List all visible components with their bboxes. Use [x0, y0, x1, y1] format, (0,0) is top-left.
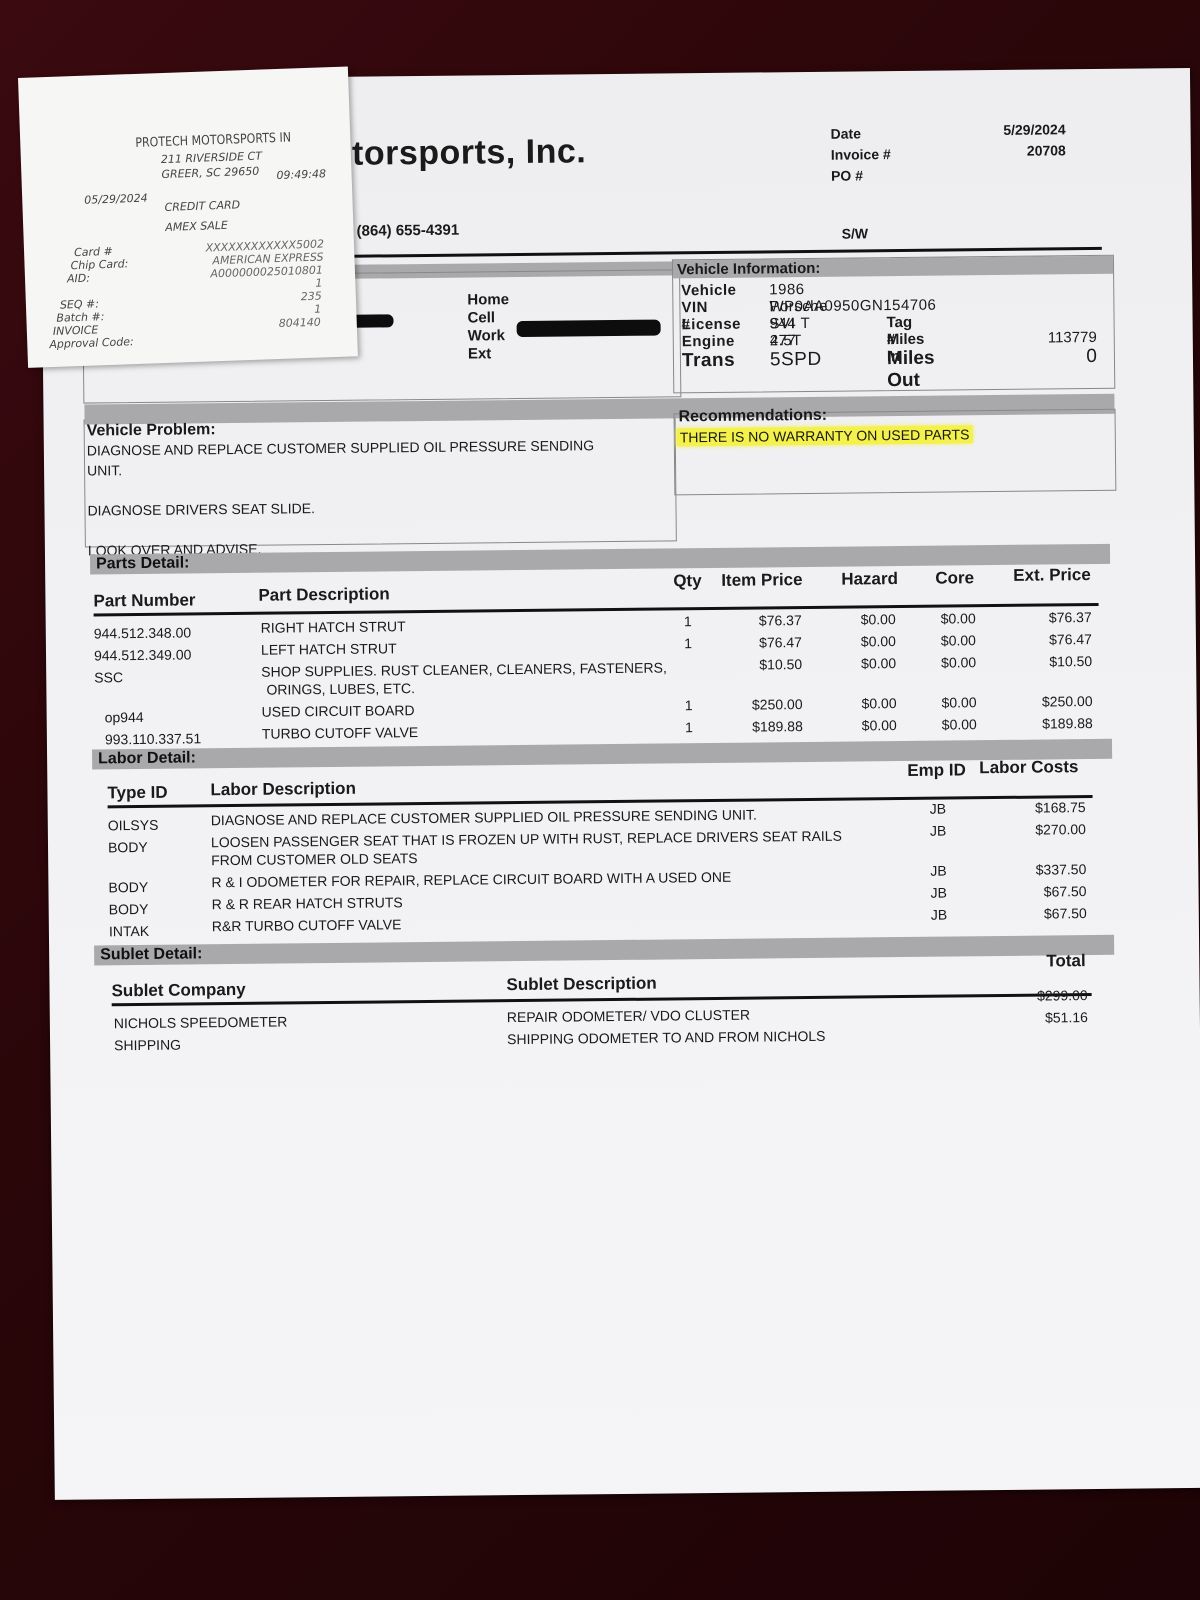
ext-label: Ext: [468, 345, 510, 363]
part-core: $0.00: [904, 654, 976, 671]
labor-detail-title: Labor Detail:: [98, 749, 196, 768]
part-item-price: $76.37: [714, 612, 802, 629]
vehicle-problem-title: Vehicle Problem:: [87, 421, 216, 440]
sublet-table: Sublet Company Sublet Description Total …: [111, 957, 1112, 1077]
labor-type-id: BODY: [109, 901, 149, 917]
cell-label: Cell: [467, 309, 509, 327]
col-core: Core: [935, 568, 974, 588]
parts-table: Part Number Part Description Qty Item Pr…: [93, 567, 1115, 758]
part-number: op944: [105, 709, 144, 725]
engine-label: Engine: [682, 333, 735, 351]
receipt-payment-type: CREDIT CARD: [164, 198, 240, 214]
part-ext-price: $76.37: [994, 609, 1092, 626]
part-description: SHOP SUPPLIES. RUST CLEANER, CLEANERS, F…: [261, 659, 667, 679]
date-label: Date: [831, 123, 891, 145]
labor-description: DIAGNOSE AND REPLACE CUSTOMER SUPPLIED O…: [211, 807, 757, 829]
receipt-field-value: 1: [314, 303, 321, 316]
col-type-id: Type ID: [107, 783, 167, 804]
receipt-address-line1: 211 RIVERSIDE CT: [161, 150, 262, 167]
receipt-field-value: 1: [315, 277, 322, 290]
tag-value: [996, 312, 1096, 313]
labor-emp-id: JB: [930, 801, 947, 817]
part-ext-price: $250.00: [994, 693, 1092, 710]
receipt-time: 09:49:48: [276, 167, 326, 182]
col-hazard: Hazard: [841, 569, 898, 590]
col-sublet-description: Sublet Description: [506, 974, 656, 996]
labor-cost: $67.50: [989, 905, 1087, 922]
po-label: PO #: [831, 165, 891, 187]
trans-label: Trans: [682, 350, 735, 373]
contact-labels: Home Cell Work Ext: [467, 291, 509, 363]
part-item-price: $10.50: [714, 656, 802, 673]
part-core: $0.00: [904, 632, 976, 649]
labor-cost: $168.75: [988, 799, 1086, 816]
company-name: otorsports, Inc.: [331, 132, 587, 174]
part-hazard: $0.00: [825, 717, 897, 734]
miles-out-label: Miles Out: [887, 348, 935, 392]
part-description: LEFT HATCH STRUT: [261, 640, 397, 657]
sublet-header-rule: [112, 993, 1092, 1006]
recommendations-text: THERE IS NO WARRANTY ON USED PARTS: [677, 425, 973, 446]
labor-description: R & I ODOMETER FOR REPAIR, REPLACE CIRCU…: [211, 869, 731, 890]
col-labor-costs: Labor Costs: [979, 757, 1078, 778]
col-ext-price: Ext. Price: [1013, 565, 1091, 586]
labor-type-id: OILSYS: [108, 817, 159, 834]
part-qty: 1: [655, 697, 693, 713]
part-item-price: $189.88: [715, 718, 803, 735]
part-qty: 1: [655, 719, 693, 735]
labor-emp-id: JB: [931, 907, 948, 923]
part-ext-price: $189.88: [995, 715, 1093, 732]
labor-cost: $270.00: [988, 821, 1086, 838]
receipt-field-value: 235: [301, 290, 322, 304]
miles-in-value: 113779: [997, 329, 1097, 347]
part-description-cont: ORINGS, LUBES, ETC.: [266, 680, 415, 698]
col-item-price: Item Price: [721, 570, 802, 591]
col-sublet-company: Sublet Company: [111, 980, 245, 1001]
credit-card-receipt: PROTECH MOTORSPORTS IN 211 RIVERSIDE CT …: [18, 66, 358, 367]
receipt-merchant: PROTECH MOTORSPORTS IN: [135, 131, 291, 151]
trans-value: 5SPD: [770, 349, 822, 372]
sublet-detail-title: Sublet Detail:: [100, 945, 202, 964]
labor-description-cont: FROM CUSTOMER OLD SEATS: [211, 850, 418, 868]
part-description: TURBO CUTOFF VALVE: [262, 724, 419, 742]
sublet-total: $299.00: [992, 987, 1088, 1004]
receipt-date: 05/29/2024: [84, 192, 148, 207]
vin-value: WP0AA0950GN154706: [769, 297, 936, 316]
sublet-total: $51.16: [992, 1009, 1088, 1026]
part-number: 993.110.337.51: [105, 730, 201, 747]
miles-out-value: 0: [997, 346, 1097, 369]
parts-detail-title: Parts Detail:: [96, 554, 190, 573]
labor-description: R&R TURBO CUTOFF VALVE: [212, 916, 402, 934]
part-qty: 1: [654, 613, 692, 629]
labor-cost: $67.50: [988, 883, 1086, 900]
labor-type-id: INTAK: [109, 923, 149, 939]
part-number: 944.512.349.00: [94, 646, 191, 663]
home-label: Home: [467, 291, 509, 309]
sw-label: S/W: [842, 225, 869, 241]
part-description: RIGHT HATCH STRUT: [261, 618, 406, 636]
part-item-price: $76.47: [714, 634, 802, 651]
part-number: 944.512.348.00: [94, 624, 191, 641]
sublet-company: NICHOLS SPEEDOMETER: [114, 1013, 288, 1031]
labor-type-id: BODY: [108, 839, 148, 855]
part-hazard: $0.00: [824, 655, 896, 672]
part-qty: 1: [654, 635, 692, 651]
labor-emp-id: JB: [930, 885, 947, 901]
work-label: Work: [468, 327, 510, 345]
engine-value: 2.5T: [770, 332, 802, 349]
labor-description: R & R REAR HATCH STRUTS: [212, 894, 403, 912]
company-phone: (864) 655-4391: [357, 222, 460, 240]
receipt-fields: Card #XXXXXXXXXXXX5002Chip Card:AMERICAN…: [44, 237, 337, 351]
vehicle-information: Vehicle Information: Vehicle 1986 Porsch…: [672, 255, 1115, 394]
license-label: License: [682, 316, 742, 334]
col-qty: Qty: [673, 571, 702, 591]
col-sublet-total: Total: [1046, 951, 1086, 971]
col-emp-id: Emp ID: [907, 760, 966, 781]
part-core: $0.00: [904, 694, 976, 711]
date-value: 5/29/2024: [970, 119, 1065, 141]
labor-emp-id: JB: [930, 863, 947, 879]
sublet-description: SHIPPING ODOMETER TO AND FROM NICHOLS: [507, 1028, 826, 1047]
part-ext-price: $10.50: [994, 653, 1092, 670]
invoice-number-label: Invoice #: [831, 144, 891, 166]
part-number: SSC: [94, 669, 123, 685]
recommendations-title: Recommendations:: [678, 407, 827, 427]
part-core: $0.00: [904, 610, 976, 627]
vehicle-information-title: Vehicle Information:: [677, 260, 821, 279]
receipt-address-line2: GREER, SC 29650: [161, 165, 259, 181]
part-hazard: $0.00: [824, 695, 896, 712]
col-part-number: Part Number: [93, 590, 195, 611]
labor-cost: $337.50: [988, 861, 1086, 878]
receipt-field-label: Approval Code:: [49, 335, 134, 351]
invoice-meta-labels: Date Invoice # PO #: [831, 123, 892, 187]
vehicle-label: Vehicle: [681, 282, 736, 300]
labor-emp-id: JB: [930, 823, 947, 839]
part-core: $0.00: [905, 716, 977, 733]
labor-table: Type ID Labor Description Emp ID Labor C…: [107, 759, 1109, 949]
part-hazard: $0.00: [824, 633, 896, 650]
receipt-field-label: AID:: [67, 272, 90, 286]
recommendations: Recommendations: THERE IS NO WARRANTY ON…: [674, 409, 1117, 496]
labor-type-id: BODY: [108, 879, 148, 895]
invoice-number-value: 20708: [971, 140, 1066, 162]
part-ext-price: $76.47: [994, 631, 1092, 648]
col-labor-description: Labor Description: [210, 779, 356, 801]
part-hazard: $0.00: [824, 611, 896, 628]
vehicle-problem-text: DIAGNOSE AND REPLACE CUSTOMER SUPPLIED O…: [87, 434, 668, 560]
vehicle-information-grid: Vehicle 1986 Porsche 944 T VIN # WP0AA09…: [681, 282, 682, 372]
col-part-description: Part Description: [258, 584, 390, 605]
part-item-price: $250.00: [714, 696, 802, 713]
sublet-description: REPAIR ODOMETER/ VDO CLUSTER: [507, 1007, 750, 1026]
invoice-meta-values: 5/29/2024 20708: [970, 119, 1065, 162]
part-description: USED CIRCUIT BOARD: [262, 702, 415, 720]
receipt-sale-type: AMEX SALE: [165, 219, 228, 234]
sublet-company: SHIPPING: [114, 1037, 181, 1054]
redaction-mark: [517, 320, 661, 338]
vehicle-problem: Vehicle Problem: DIAGNOSE AND REPLACE CU…: [84, 413, 677, 547]
